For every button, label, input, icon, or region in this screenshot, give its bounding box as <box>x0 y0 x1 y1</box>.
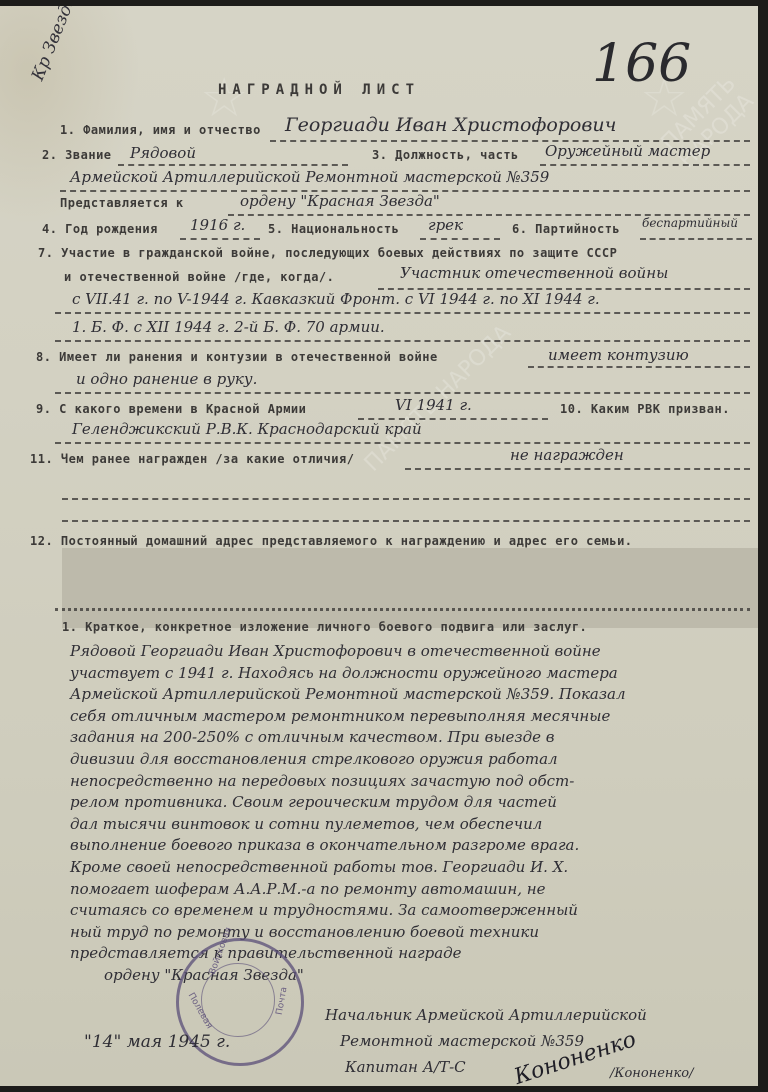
signature-line-2: Ремонтной мастерской №359 <box>340 1032 584 1050</box>
underline <box>55 312 750 314</box>
field-3-label: 3. Должность, часть <box>372 148 519 162</box>
narrative-line: Кроме своей непосредственной работы тов.… <box>70 858 568 876</box>
narrative-line: дал тысячи винтовок и сотни пулеметов, ч… <box>70 815 542 833</box>
underline <box>55 608 750 611</box>
award-sheet: ☆ ☆ ☆ ☆ ПАМЯТЬ НАРОДА ПАМЯТЬ НАРОДА Кр З… <box>0 6 758 1086</box>
field-2-value: Рядовой <box>130 144 196 162</box>
field-7-label-cont: и отечественной войне /где, когда/. <box>64 270 334 284</box>
field-8-label: 8. Имеет ли ранения и контузии в отечест… <box>36 350 438 364</box>
redacted-address-block <box>62 548 758 628</box>
margin-note: Кр Звезда <box>28 6 80 83</box>
field-1-label: 1. Фамилия, имя и отчество <box>60 123 261 137</box>
field-7-value-3: 1. Б. Ф. с XII 1944 г. 2-й Б. Ф. 70 арми… <box>72 318 385 336</box>
narrative-line: задания на 200-250% с отличным качеством… <box>70 728 555 746</box>
narrative-line: себя отличным мастером ремонтником перев… <box>70 707 610 725</box>
field-9-value: VI 1941 г. <box>395 396 472 414</box>
signature-line-3: Капитан А/Т-С <box>345 1058 466 1076</box>
nominated-value: ордену "Красная Звезда" <box>240 192 440 210</box>
field-8-value-1: имеет контузию <box>548 346 689 364</box>
field-12-label: 12. Постоянный домашний адрес представля… <box>30 534 633 548</box>
narrative-line: Рядовой Георгиади Иван Христофорович в о… <box>70 642 601 660</box>
underline <box>640 238 752 240</box>
field-3-value: Оружейный мастер <box>545 142 710 160</box>
document-title: НАГРАДНОЙ ЛИСТ <box>218 82 420 98</box>
underline <box>62 498 750 500</box>
narrative-line: участвует с 1941 г. Находясь на должност… <box>70 664 618 682</box>
underline <box>540 164 750 166</box>
underline <box>405 468 750 470</box>
underline <box>118 164 348 166</box>
underline <box>55 442 750 444</box>
field-7-value-2: с VII.41 г. по V-1944 г. Кавказкий Фронт… <box>72 290 600 308</box>
field-2-label: 2. Звание <box>42 148 112 162</box>
narrative-line: помогает шоферам А.А.Р.М.-а по ремонту а… <box>70 880 546 898</box>
document-date: "14" мая 1945 г. <box>84 1032 230 1052</box>
field-6-value: беспартийный <box>642 216 738 230</box>
field-5-label: 5. Национальность <box>268 222 399 236</box>
field-11-label: 11. Чем ранее награжден /за какие отличи… <box>30 452 354 466</box>
field-1-value: Георгиади Иван Христофорович <box>285 114 616 136</box>
field-7-label: 7. Участие в гражданской войне, последую… <box>38 246 617 260</box>
narrative-line: дивизии для восстановления стрелкового о… <box>70 750 558 768</box>
field-4-value: 1916 г. <box>190 216 245 234</box>
narrative-line: считаясь со временем и трудностями. За с… <box>70 901 578 919</box>
underline <box>62 520 750 522</box>
field-5-value: грек <box>428 216 463 234</box>
narrative-line: выполнение боевого приказа в окончательн… <box>70 836 579 854</box>
narrative-line: Армейской Артиллерийской Ремонтной масте… <box>70 685 626 703</box>
field-8-value-2: и одно ранение в руку. <box>76 370 257 388</box>
field-11-value: не награжден <box>510 446 624 464</box>
field-9-label: 9. С какого времени в Красной Армии <box>36 402 306 416</box>
field-6-label: 6. Партийность <box>512 222 620 236</box>
underline <box>55 340 750 342</box>
field-3-value-cont: Армейской Артиллерийской Ремонтной масте… <box>70 168 549 186</box>
underline <box>180 238 260 240</box>
field-10-value: Геленджикский Р.В.К. Краснодарский край <box>72 420 422 438</box>
signature-name: /Кононенко/ <box>610 1066 693 1081</box>
field-10-label: 10. Каким РВК призван. <box>560 402 730 416</box>
nominated-label: Представляется к <box>60 196 184 210</box>
narrative-line: непосредственно на передовых позициях за… <box>70 772 574 790</box>
section-1-label: 1. Краткое, конкретное изложение личного… <box>62 620 587 634</box>
field-4-label: 4. Год рождения <box>42 222 158 236</box>
underline <box>55 392 750 394</box>
narrative-line: релом противника. Своим героическим труд… <box>70 793 557 811</box>
signature-line-1: Начальник Армейской Артиллерийской <box>325 1006 647 1024</box>
field-7-value-1: Участник отечественной войны <box>400 264 668 282</box>
narrative-line: ный труд по ремонту и восстановлению бое… <box>70 923 539 941</box>
underline <box>528 366 750 368</box>
folio-number: 166 <box>592 34 691 94</box>
underline <box>420 238 500 240</box>
